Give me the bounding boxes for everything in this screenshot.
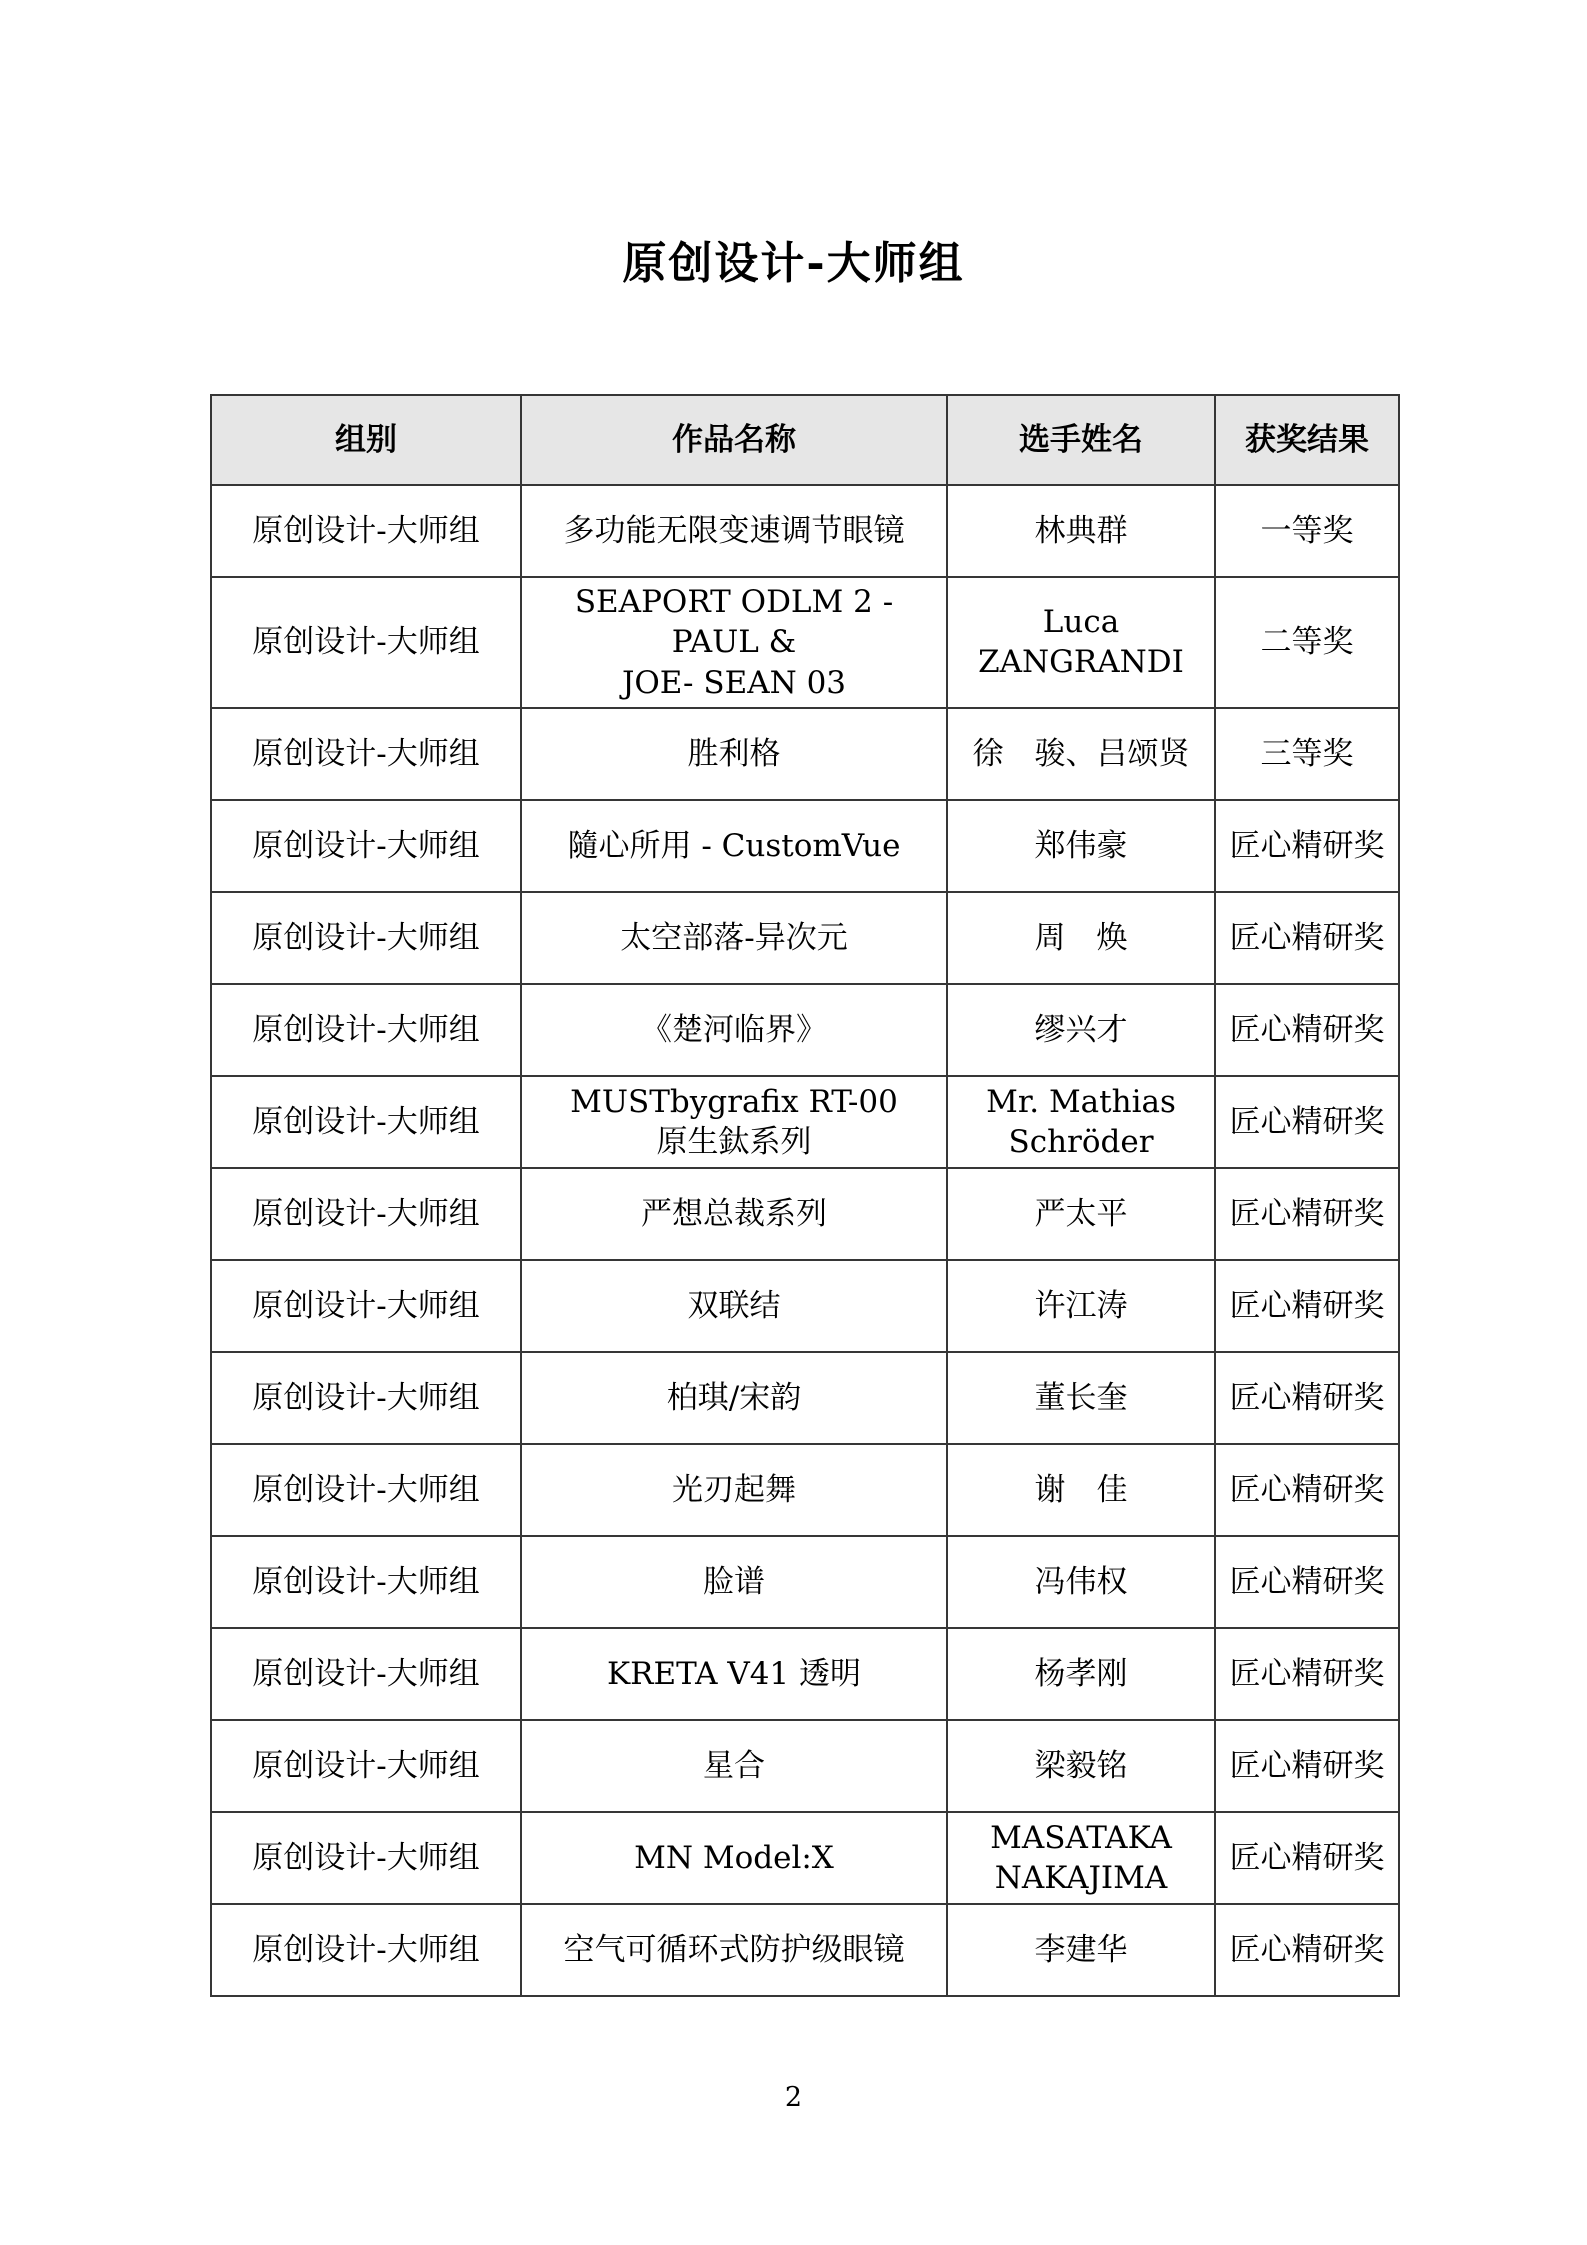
table-row: 原创设计-大师组KRETA V41 透明杨孝刚匠心精研奖 xyxy=(211,1628,1399,1720)
cell-award-result: 匠心精研奖 xyxy=(1215,984,1399,1076)
cell-work-name: 柏琪/宋韵 xyxy=(521,1352,947,1444)
cell-contestant-name: Mr. Mathias Schröder xyxy=(947,1076,1215,1168)
cell-award-result: 匠心精研奖 xyxy=(1215,1904,1399,1996)
cell-group: 原创设计-大师组 xyxy=(211,708,521,800)
cell-contestant-name: 李建华 xyxy=(947,1904,1215,1996)
cell-contestant-name: 谢 佳 xyxy=(947,1444,1215,1536)
cell-work-name: 多功能无限变速调节眼镜 xyxy=(521,485,947,577)
cell-group: 原创设计-大师组 xyxy=(211,1076,521,1168)
cell-work-name: 胜利格 xyxy=(521,708,947,800)
cell-work-name: KRETA V41 透明 xyxy=(521,1628,947,1720)
cell-work-name: 光刃起舞 xyxy=(521,1444,947,1536)
cell-award-result: 匠心精研奖 xyxy=(1215,1352,1399,1444)
cell-contestant-name: 徐 骏、吕颂贤 xyxy=(947,708,1215,800)
cell-contestant-name: 郑伟豪 xyxy=(947,800,1215,892)
table-row: 原创设计-大师组脸谱冯伟权匠心精研奖 xyxy=(211,1536,1399,1628)
table-row: 原创设计-大师组隨心所用 - CustomVue郑伟豪匠心精研奖 xyxy=(211,800,1399,892)
cell-group: 原创设计-大师组 xyxy=(211,984,521,1076)
cell-group: 原创设计-大师组 xyxy=(211,1352,521,1444)
cell-work-name: 严想总裁系列 xyxy=(521,1168,947,1260)
table-row: 原创设计-大师组多功能无限变速调节眼镜林典群一等奖 xyxy=(211,485,1399,577)
cell-contestant-name: 杨孝刚 xyxy=(947,1628,1215,1720)
cell-work-name: MN Model:X xyxy=(521,1812,947,1904)
cell-award-result: 匠心精研奖 xyxy=(1215,1720,1399,1812)
cell-group: 原创设计-大师组 xyxy=(211,1628,521,1720)
cell-work-name: 隨心所用 - CustomVue xyxy=(521,800,947,892)
table-row: 原创设计-大师组柏琪/宋韵董长奎匠心精研奖 xyxy=(211,1352,1399,1444)
cell-award-result: 匠心精研奖 xyxy=(1215,1444,1399,1536)
cell-work-name: 太空部落-异次元 xyxy=(521,892,947,984)
cell-group: 原创设计-大师组 xyxy=(211,485,521,577)
cell-award-result: 匠心精研奖 xyxy=(1215,1260,1399,1352)
cell-contestant-name: MASATAKA NAKAJIMA xyxy=(947,1812,1215,1904)
table-row: 原创设计-大师组SEAPORT ODLM 2 - PAUL & JOE- SEA… xyxy=(211,577,1399,708)
table-row: 原创设计-大师组严想总裁系列严太平匠心精研奖 xyxy=(211,1168,1399,1260)
cell-contestant-name: 严太平 xyxy=(947,1168,1215,1260)
table-row: 原创设计-大师组双联结许江涛匠心精研奖 xyxy=(211,1260,1399,1352)
column-header-work-name: 作品名称 xyxy=(521,395,947,485)
cell-award-result: 匠心精研奖 xyxy=(1215,1628,1399,1720)
cell-contestant-name: 周 焕 xyxy=(947,892,1215,984)
cell-contestant-name: 梁毅铭 xyxy=(947,1720,1215,1812)
cell-group: 原创设计-大师组 xyxy=(211,1168,521,1260)
cell-group: 原创设计-大师组 xyxy=(211,1812,521,1904)
cell-work-name: 脸谱 xyxy=(521,1536,947,1628)
cell-group: 原创设计-大师组 xyxy=(211,1260,521,1352)
cell-work-name: 双联结 xyxy=(521,1260,947,1352)
table-row: 原创设计-大师组太空部落-异次元周 焕匠心精研奖 xyxy=(211,892,1399,984)
cell-contestant-name: 冯伟权 xyxy=(947,1536,1215,1628)
cell-award-result: 匠心精研奖 xyxy=(1215,1168,1399,1260)
column-header-contestant-name: 选手姓名 xyxy=(947,395,1215,485)
cell-group: 原创设计-大师组 xyxy=(211,577,521,708)
cell-work-name: 空气可循环式防护级眼镜 xyxy=(521,1904,947,1996)
cell-work-name: 《楚河临界》 xyxy=(521,984,947,1076)
table-body: 原创设计-大师组多功能无限变速调节眼镜林典群一等奖原创设计-大师组SEAPORT… xyxy=(211,485,1399,1996)
document-page: 原创设计-大师组 组别 作品名称 选手姓名 获奖结果 原创设计-大师组多功能无限… xyxy=(0,0,1587,2245)
cell-contestant-name: 缪兴才 xyxy=(947,984,1215,1076)
table-row: 原创设计-大师组空气可循环式防护级眼镜李建华匠心精研奖 xyxy=(211,1904,1399,1996)
page-title: 原创设计-大师组 xyxy=(0,238,1587,291)
table-row: 原创设计-大师组星合梁毅铭匠心精研奖 xyxy=(211,1720,1399,1812)
table-header-row: 组别 作品名称 选手姓名 获奖结果 xyxy=(211,395,1399,485)
cell-contestant-name: 董长奎 xyxy=(947,1352,1215,1444)
cell-award-result: 匠心精研奖 xyxy=(1215,1812,1399,1904)
table-row: 原创设计-大师组《楚河临界》缪兴才匠心精研奖 xyxy=(211,984,1399,1076)
table-row: 原创设计-大师组MN Model:XMASATAKA NAKAJIMA匠心精研奖 xyxy=(211,1812,1399,1904)
cell-work-name: 星合 xyxy=(521,1720,947,1812)
cell-contestant-name: 林典群 xyxy=(947,485,1215,577)
table-row: 原创设计-大师组胜利格徐 骏、吕颂贤三等奖 xyxy=(211,708,1399,800)
cell-group: 原创设计-大师组 xyxy=(211,1904,521,1996)
cell-group: 原创设计-大师组 xyxy=(211,1720,521,1812)
cell-award-result: 匠心精研奖 xyxy=(1215,800,1399,892)
cell-group: 原创设计-大师组 xyxy=(211,892,521,984)
cell-award-result: 匠心精研奖 xyxy=(1215,1076,1399,1168)
table-row: 原创设计-大师组MUSTbygrafix RT-00 原生鈦系列Mr. Math… xyxy=(211,1076,1399,1168)
column-header-award-result: 获奖结果 xyxy=(1215,395,1399,485)
column-header-group: 组别 xyxy=(211,395,521,485)
page-number: 2 xyxy=(0,2083,1587,2113)
cell-award-result: 二等奖 xyxy=(1215,577,1399,708)
cell-contestant-name: Luca ZANGRANDI xyxy=(947,577,1215,708)
cell-award-result: 匠心精研奖 xyxy=(1215,892,1399,984)
awards-table: 组别 作品名称 选手姓名 获奖结果 原创设计-大师组多功能无限变速调节眼镜林典群… xyxy=(210,394,1400,1997)
table-row: 原创设计-大师组光刃起舞谢 佳匠心精研奖 xyxy=(211,1444,1399,1536)
cell-group: 原创设计-大师组 xyxy=(211,1536,521,1628)
cell-group: 原创设计-大师组 xyxy=(211,800,521,892)
cell-work-name: MUSTbygrafix RT-00 原生鈦系列 xyxy=(521,1076,947,1168)
cell-work-name: SEAPORT ODLM 2 - PAUL & JOE- SEAN 03 xyxy=(521,577,947,708)
cell-contestant-name: 许江涛 xyxy=(947,1260,1215,1352)
cell-award-result: 一等奖 xyxy=(1215,485,1399,577)
cell-award-result: 三等奖 xyxy=(1215,708,1399,800)
cell-group: 原创设计-大师组 xyxy=(211,1444,521,1536)
cell-award-result: 匠心精研奖 xyxy=(1215,1536,1399,1628)
